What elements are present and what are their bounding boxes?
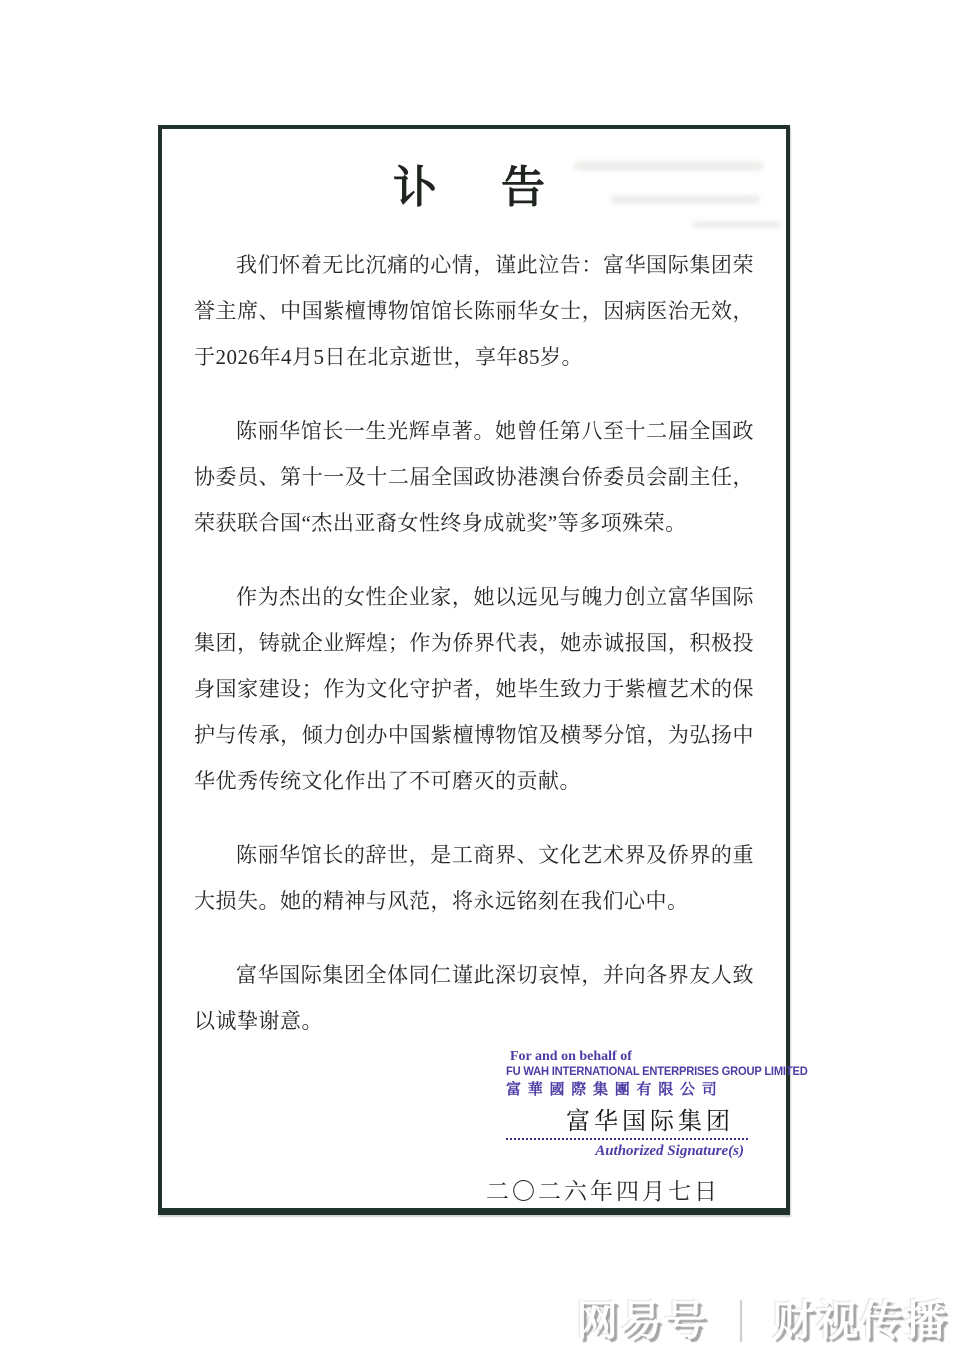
stamp-company-name-tc: 富 華 國 際 集 團 有 限 公 司 (506, 1080, 748, 1101)
scan-smudge (610, 195, 760, 204)
authorized-signature-label: Authorized Signature(s) (506, 1142, 748, 1161)
watermark-channel: 财视传播 (772, 1296, 948, 1345)
netease-watermark: 网易号｜财视传播 (576, 1295, 948, 1347)
paragraph-condolence: 陈丽华馆长的辞世，是工商界、文化艺术界及侨界的重大损失。她的精神与风范，将永远铭… (194, 832, 754, 924)
obituary-scan-page: 讣 告 我们怀着无比沉痛的心情，谨此泣告：富华国际集团荣誉主席、中国紫檀博物馆馆… (0, 0, 960, 1357)
paragraph-legacy: 作为杰出的女性企业家，她以远见与魄力创立富华国际集团，铸就企业辉煌；作为侨界代表… (194, 574, 754, 804)
paragraph-opening: 我们怀着无比沉痛的心情，谨此泣告：富华国际集团荣誉主席、中国紫檀博物馆馆长陈丽华… (194, 242, 754, 380)
document-date: 二〇二六年四月七日 (194, 1177, 754, 1207)
signature-company-name: 富华国际集团 (506, 1107, 748, 1137)
document-frame: 讣 告 我们怀着无比沉痛的心情，谨此泣告：富华国际集团荣誉主席、中国紫檀博物馆馆… (158, 125, 790, 1215)
stamp-company-name-en: FU WAH INTERNATIONAL ENTERPRISES GROUP L… (506, 1065, 741, 1080)
scan-smudge (692, 221, 782, 228)
scan-smudge (574, 161, 764, 171)
paragraph-thanks: 富华国际集团全体同仁谨此深切哀悼，并向各界友人致以诚挚谢意。 (194, 952, 754, 1044)
company-stamp: For and on behalf of FU WAH INTERNATIONA… (506, 1048, 748, 1161)
watermark-brand: 网易号 (576, 1296, 708, 1345)
paragraph-achievements: 陈丽华馆长一生光辉卓著。她曾任第八至十二届全国政协委员、第十一及十二届全国政协港… (194, 408, 754, 546)
watermark-separator: ｜ (718, 1296, 762, 1345)
document-body: 我们怀着无比沉痛的心情，谨此泣告：富华国际集团荣誉主席、中国紫檀博物馆馆长陈丽华… (194, 242, 754, 1044)
signature-line (506, 1138, 748, 1140)
stamp-behalf-text: For and on behalf of (506, 1048, 748, 1065)
